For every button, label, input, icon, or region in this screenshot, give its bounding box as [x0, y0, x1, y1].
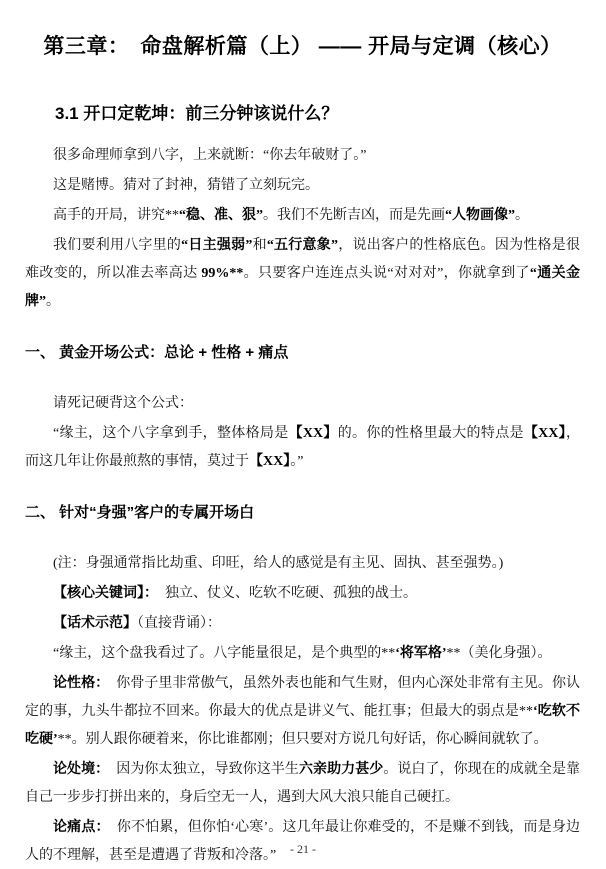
- paragraph-script-opening: “缘主，这个盘我看过了。八字能量很足，是个典型的**‘将军格’**（美化身强）。: [25, 640, 580, 668]
- paragraph-on-situation: 论处境： 因为你太独立，导致你这半生六亲助力甚少。说白了，你现在的成就全是靠自己…: [25, 756, 580, 812]
- text-run: 论处境：: [53, 762, 102, 777]
- text-run: **（美化身强）。: [447, 646, 552, 661]
- text-run: “稳、准、狠”: [179, 208, 263, 223]
- text-run: 99%**: [201, 266, 243, 281]
- paragraph-script-demo-label: 【话术示范】（直接背诵）：: [25, 610, 580, 638]
- text-run: “五行意象”: [267, 238, 338, 253]
- heading-shenqiang-opening: 二、 针对“身强”客户的专属开场白: [25, 502, 580, 524]
- text-run: 独立、仗义、吃软不吃硬、孤独的战士。: [151, 586, 417, 601]
- text-run: 。: [515, 208, 529, 223]
- text-run: 【话术示范】: [53, 616, 137, 631]
- section-title: 3.1 开口定乾坤：前三分钟该说什么？: [25, 102, 580, 126]
- chapter-title: 第三章： 命盘解析篇（上） —— 开局与定调（核心）: [25, 32, 580, 62]
- text-run: 我们要利用八字里的: [53, 238, 181, 253]
- text-run: 因为你太独立，导致你这半生: [102, 762, 299, 777]
- paragraph-note: (注：身强通常指比劫重、印旺，给人的感觉是有主见、固执、甚至强势。): [25, 550, 580, 578]
- text-run: 。只要客户连连点头说“对对对”，你就拿到了: [243, 266, 530, 281]
- text-run: 【XX】: [524, 426, 566, 441]
- page-number: - 21 -: [0, 842, 606, 857]
- text-run: 【XX】: [289, 426, 338, 441]
- text-run: “人物画像”: [445, 208, 515, 223]
- text-run: （直接背诵）：: [137, 616, 221, 631]
- text-run: 你骨子里非常傲气，虽然外表也能和气生财，但内心深处非常有主见。你认定的事，九头牛…: [25, 676, 580, 719]
- paragraph-formula-script: “缘主，这个八字拿到手，整体格局是【XX】的。你的性格里最大的特点是【XX】，而…: [25, 420, 580, 476]
- paragraph-opening-style: 高手的开局，讲究**“稳、准、狠”。我们不先断吉凶，而是先画“人物画像”。: [25, 202, 580, 230]
- paragraph-intro-2: 这是赌博。猜对了封神，猜错了立刻玩完。: [25, 172, 580, 200]
- text-run: “缘主，这个八字拿到手，整体格局是: [53, 426, 289, 441]
- text-run: 。我们不先断吉凶，而是先画: [263, 208, 445, 223]
- text-run: **。别人跟你硬着来，你比谁都刚；但只要对方说几句好话，你心瞬间就软了。: [58, 732, 548, 747]
- text-run: 六亲助力甚少: [299, 762, 383, 777]
- text-run: 高手的开局，讲究**: [53, 208, 179, 223]
- text-run: 。: [46, 294, 60, 309]
- text-run: “日主强弱”: [181, 238, 252, 253]
- text-run: 的。你的性格里最大的特点是: [338, 426, 524, 441]
- paragraph-intro-1: 很多命理师拿到八字，上来就断：“你去年破财了。”: [25, 142, 580, 170]
- heading-golden-formula: 一、 黄金开场公式：总论 + 性格 + 痛点: [25, 342, 580, 364]
- text-run: 【XX】: [249, 454, 290, 469]
- text-run: ‘将军格’: [395, 646, 446, 661]
- text-run: 论性格：: [53, 676, 102, 691]
- document-page: 第三章： 命盘解析篇（上） —— 开局与定调（核心） 3.1 开口定乾坤：前三分…: [0, 0, 606, 869]
- text-run: 和: [252, 238, 266, 253]
- text-run: 。”: [290, 454, 303, 469]
- paragraph-on-personality: 论性格： 你骨子里非常傲气，虽然外表也能和气生财，但内心深处非常有主见。你认定的…: [25, 670, 580, 754]
- paragraph-portrait-method: 我们要利用八字里的“日主强弱”和“五行意象”，说出客户的性格底色。因为性格是很难…: [25, 232, 580, 316]
- paragraph-keywords: 【核心关键词】： 独立、仗义、吃软不吃硬、孤独的战士。: [25, 580, 580, 608]
- text-run: 论痛点：: [53, 820, 103, 835]
- text-run: “缘主，这个盘我看过了。八字能量很足，是个典型的**: [53, 646, 395, 661]
- text-run: 【核心关键词】：: [53, 586, 151, 601]
- paragraph-memorize: 请死记硬背这个公式：: [25, 390, 580, 418]
